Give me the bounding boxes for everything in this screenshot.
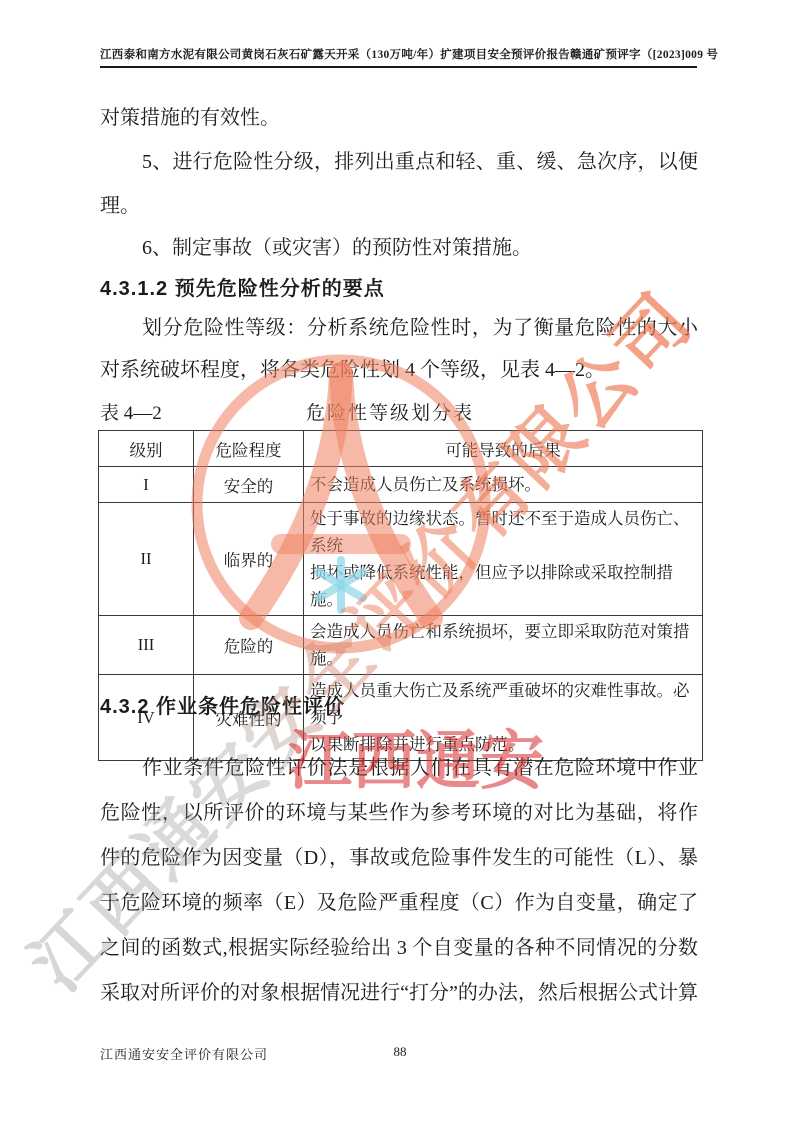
cell-degree: 临界的: [194, 503, 304, 616]
section-heading-4312: 4.3.1.2 预先危险性分析的要点: [100, 272, 385, 301]
table-label: 表 4—2: [100, 398, 162, 425]
page-header: 江西泰和南方水泥有限公司黄岗石灰石矿露天开采（130万吨/年）扩建项目安全预评价…: [100, 46, 697, 62]
header-rule: [100, 66, 697, 68]
cell-consequence: 造成人员重大伤亡及系统严重破坏的灾难性事故。必须予 以果断排除并进行重点防范。: [304, 675, 703, 761]
paragraph-line: 危险性，以所评价的环境与某些作为参考环境的对比为基础，将作业条: [100, 799, 698, 829]
table-row: III 危险的 会造成人员伤亡和系统损坏，要立即采取防范对策措施。: [99, 616, 703, 675]
table-title: 危险性等级划分表: [190, 398, 590, 425]
paragraph-line: 6、制定事故（或灾害）的预防性对策措施。: [100, 234, 698, 262]
table-header-degree: 危险程度: [194, 431, 304, 467]
paragraph-line: 作业条件危险性评价法是根据人们在具有潜在危险环境中作业的: [100, 754, 698, 784]
table-row: I 安全的 不会造成人员伤亡及系统损坏。: [99, 467, 703, 503]
cell-level: II: [99, 503, 194, 616]
cell-consequence: 会造成人员伤亡和系统损坏，要立即采取防范对策措施。: [304, 616, 703, 675]
paragraph-line: 理。: [100, 192, 698, 220]
paragraph-line: 之间的函数式,根据实际经验给出 3 个自变量的各种不同情况的分数值，: [100, 934, 698, 964]
cell-degree: 安全的: [194, 467, 304, 503]
paragraph-line: 5、进行危险性分级，排列出重点和轻、重、缓、急次序，以便处: [100, 148, 698, 178]
cell-line: 不会造成人员伤亡及系统损坏。: [310, 471, 696, 498]
page-number: 88: [0, 1044, 800, 1060]
table-row: II 临界的 处于事故的边缘状态。暂时还不至于造成人员伤亡、系统 损坏或降低系统…: [99, 503, 703, 616]
cell-line: 造成人员重大伤亡及系统严重破坏的灾难性事故。必须予: [310, 677, 696, 731]
cell-line: 处于事故的边缘状态。暂时还不至于造成人员伤亡、系统: [310, 505, 696, 559]
cell-line: 会造成人员伤亡和系统损坏，要立即采取防范对策措施。: [310, 618, 696, 672]
cell-level: I: [99, 467, 194, 503]
paragraph-line: 对策措施的有效性。: [100, 104, 698, 132]
cell-consequence: 处于事故的边缘状态。暂时还不至于造成人员伤亡、系统 损坏或降低系统性能，但应予以…: [304, 503, 703, 616]
paragraph-line: 于危险环境的频率（E）及危险严重程度（C）作为自变量，确定了它们: [100, 889, 698, 919]
header-doc-number: 赣通矿预评字（[2023]009 号: [570, 46, 718, 62]
header-report-title: 江西泰和南方水泥有限公司黄岗石灰石矿露天开采（130万吨/年）扩建项目安全预评价…: [100, 46, 570, 62]
paragraph-line: 采取对所评价的对象根据情况进行“打分”的办法，然后根据公式计算: [100, 979, 698, 1009]
paragraph-line: 划分危险性等级：分析系统危险性时，为了衡量危险性的大小及其: [100, 314, 698, 344]
cell-consequence: 不会造成人员伤亡及系统损坏。: [304, 467, 703, 503]
table-header-row: 级别 危险程度 可能导致的后果: [99, 431, 703, 467]
table-header-consequence: 可能导致的后果: [304, 431, 703, 467]
cell-degree: 危险的: [194, 616, 304, 675]
document-page: 江西泰和南方水泥有限公司黄岗石灰石矿露天开采（130万吨/年）扩建项目安全预评价…: [0, 0, 800, 1131]
paragraph-line: 件的危险作为因变量（D），事故或危险事件发生的可能性（L）、暴露: [100, 844, 698, 874]
cell-line: 损坏或降低系统性能，但应予以排除或采取控制措施。: [310, 559, 696, 613]
paragraph-line: 对系统破坏程度，将各类危险性划 4 个等级，见表 4—2。: [100, 356, 698, 384]
table-header-level: 级别: [99, 431, 194, 467]
section-heading-432: 4.3.2 作业条件危险性评价: [100, 690, 345, 719]
cell-level: III: [99, 616, 194, 675]
